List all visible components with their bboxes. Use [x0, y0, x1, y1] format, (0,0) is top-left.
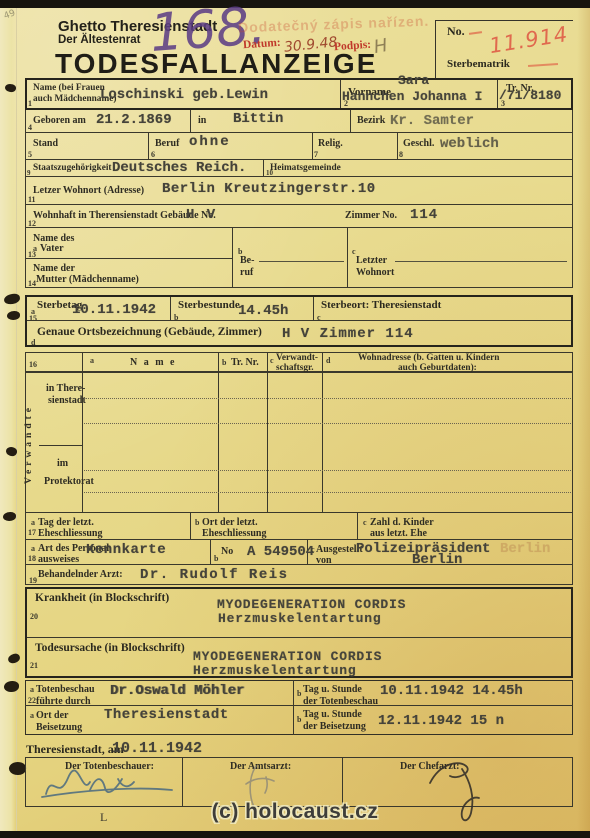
no-label: No. [447, 24, 465, 39]
sub-letter: c [311, 545, 315, 554]
place-date-label: Theresienstadt, am [26, 742, 124, 757]
sub-letter: b [297, 715, 301, 724]
field-num: 11 [28, 195, 36, 204]
paper-right-edge [577, 8, 590, 831]
sub-letter: b [222, 358, 226, 367]
todesursache-label: Todesursache (in Blockschrift) [35, 642, 185, 654]
field-num: 15 [29, 314, 37, 323]
marriage-kinder-1: Zahl d. Kinder [370, 517, 434, 528]
gebaeude-value: H V [186, 207, 217, 223]
sub-letter: b [174, 313, 178, 322]
col-header-verw2: schaftsgr. [276, 363, 314, 373]
vorname-value-line1: Sara [398, 73, 429, 88]
geboren-value: 21.2.1869 [96, 112, 172, 128]
sub-letter: b [214, 554, 218, 563]
sub-letter: b [297, 689, 301, 698]
field-num: 6 [151, 150, 155, 159]
cell-divider [148, 133, 149, 160]
col-header-verw1: Verwandt- [276, 353, 318, 363]
cell-divider [313, 297, 314, 320]
id-type-value: Kennkarte [86, 542, 166, 558]
heimat-label: Heimatsgemeinde [270, 163, 341, 173]
field-num: 14 [28, 279, 36, 288]
trnr-value: /71/8180 [499, 88, 561, 103]
sub-letter: d [31, 338, 35, 347]
cell-divider [170, 297, 171, 320]
sub-letter: c [317, 313, 321, 322]
field-num: 19 [29, 576, 37, 585]
cell-divider [263, 160, 264, 177]
cell-divider [357, 513, 358, 540]
wohnort-label: Letzer Wohnort (Adresse) [33, 185, 144, 196]
dotted-row-line [84, 492, 571, 493]
krankheit-value-1: MYODEGENERATION CORDIS [217, 597, 406, 612]
beisetzung-zeit-label-2: der Beisetzung [303, 721, 366, 732]
col-header-wohn1: Wohnadresse (b. Gatten u. Kindern [358, 353, 499, 363]
field-num: 1 [28, 99, 32, 108]
dotted-row-line [84, 470, 571, 471]
col-header-trnr: Tr. Nr. [231, 357, 259, 368]
staat-label: Staatszugehörigkeit [33, 163, 112, 173]
sub-letter: c [363, 518, 367, 527]
watermark: (c) holocaust.cz [95, 800, 495, 824]
bezirk-label: Bezirk [357, 115, 385, 126]
place-date-value: 10.11.1942 [112, 740, 202, 757]
mutter-label2: Mutter (Mädchenname) [36, 274, 139, 285]
field-num: 16 [29, 360, 37, 369]
krankheit-value-2: Herzmuskelentartung [218, 611, 381, 626]
field-num: 17 [28, 528, 36, 537]
geschl-value: weblich [440, 136, 499, 152]
wohnort-col-label1: Letzter [356, 255, 387, 266]
handwritten-podpis-initial: H [372, 35, 389, 58]
birthplace-value: Bittin [233, 111, 283, 127]
id-no-value: A 549504 [247, 544, 314, 560]
zimmer-label: Zimmer No. [345, 210, 397, 221]
punch-hole [4, 681, 19, 692]
marriage-kinder-2: aus letzt. Ehe [370, 528, 427, 539]
field-num: 12 [28, 219, 36, 228]
section-protektorat-2: Protektorat [44, 476, 94, 487]
field-num: 5 [28, 150, 32, 159]
marriage-ort-2: Eheschliessung [202, 528, 266, 539]
row-marriage [25, 513, 573, 540]
id-no-label: No [221, 546, 233, 557]
cell-divider [340, 80, 341, 108]
beisetzung-ort-label-2: Beisetzung [36, 722, 82, 733]
geschl-label: Geschl. [403, 138, 434, 149]
marriage-ort-1: Ort der letzt. [202, 517, 258, 528]
ortsbezeichnung-value: H V Zimmer 114 [282, 326, 414, 342]
cell-divider [312, 133, 313, 160]
beisetzung-ort-value: Theresienstadt [104, 707, 229, 723]
paper-left-edge [0, 8, 17, 831]
id-label-2: ausweises [38, 554, 79, 565]
cell-divider [210, 540, 211, 565]
in-label: in [198, 115, 206, 126]
cell-divider [347, 228, 348, 288]
totenbeschau-value: Dr.Oswald Möhler [110, 683, 244, 699]
section-divider [39, 445, 82, 446]
mutter-label1: Name der [33, 263, 75, 274]
section-theresienstadt-1: in There- [46, 383, 85, 394]
field-num: 20 [30, 612, 38, 621]
cell-divider [27, 320, 571, 321]
cell-divider [293, 680, 294, 735]
dotted-row-line [84, 423, 571, 424]
dotted-row-line [84, 398, 571, 399]
relig-label: Relig. [318, 138, 343, 149]
staat-value: Deutsches Reich. [112, 160, 246, 176]
field-name-label: Name (bei Frauen [33, 83, 105, 93]
section-theresienstadt-2: sienstadt [48, 395, 86, 406]
field-num: 21 [30, 661, 38, 670]
vater-label2: Vater [40, 243, 64, 254]
vorname-value-line2: Hannchen Johanna I [342, 89, 482, 104]
field-num: 4 [28, 123, 32, 132]
col-divider [267, 352, 268, 513]
ortsbezeichnung-label: Genaue Ortsbezeichnung (Gebäude, Zimmer) [37, 326, 262, 338]
beruf-col-label2: ruf [240, 267, 253, 278]
marriage-tag-1: Tag der letzt. [38, 517, 94, 528]
rule-line [259, 261, 344, 262]
beisetzung-ort-label-1: Ort der [36, 710, 69, 721]
zimmer-value: 114 [410, 207, 438, 223]
cell-divider [190, 513, 191, 540]
cell-divider [397, 133, 398, 160]
bezirk-value: Kr. Samter [390, 113, 474, 129]
col-header-wohn2: auch Geburtdaten): [398, 363, 477, 373]
sub-letter: a [30, 711, 34, 720]
cell-divider [25, 258, 232, 259]
field-num: 13 [28, 250, 36, 259]
beruf-value: ohne [189, 134, 231, 150]
field-num: 8 [399, 150, 403, 159]
sub-letter: d [326, 356, 330, 365]
punch-hole [7, 311, 20, 320]
punch-hole [3, 512, 16, 521]
sub-letter: a [30, 685, 34, 694]
sub-letter: a [90, 356, 94, 365]
col-divider [218, 352, 219, 513]
wohnort-col-label2: Wohnort [356, 267, 394, 278]
rotated-verwandte-label: Verwandte [24, 386, 38, 502]
cell-divider [25, 705, 573, 706]
name-value: Loschinski geb.Lewin [100, 87, 268, 103]
section-protektorat-1: im [57, 458, 68, 469]
beisetzung-zeit-value: 12.11.1942 15 n [378, 713, 504, 729]
ausgestellt-ghost-text: Berlin [500, 541, 550, 557]
relatives-table [25, 352, 573, 513]
wohnort-value: Berlin Kreutzingerstr.10 [162, 181, 376, 197]
todesursache-value-2: Herzmuskelentartung [193, 663, 356, 678]
cell-divider [190, 110, 191, 133]
sub-letter: b [195, 518, 199, 527]
sub-letter: a [31, 518, 35, 527]
totenbeschau-label-1: Totenbeschau [36, 684, 95, 695]
field-num: 22 [28, 696, 36, 705]
field-num: 7 [314, 150, 318, 159]
stand-label: Stand [33, 138, 58, 149]
sterbestunde-label: Sterbestunde [178, 299, 240, 311]
totenbeschau-label-2: führte durch [36, 696, 91, 707]
sub-letter: a [31, 544, 35, 553]
beschau-zeit-label-2: der Totenbeschau [303, 696, 378, 707]
arzt-value: Dr. Rudolf Reis [140, 567, 289, 583]
arzt-label: Behandelnder Arzt: [38, 569, 123, 580]
field-num: 18 [28, 554, 36, 563]
sterbetag-value: 10.11.1942 [72, 302, 156, 318]
field-num: 10 [266, 169, 273, 177]
geboren-label: Geboren am [33, 115, 86, 126]
krankheit-label: Krankheit (in Blockschrift) [35, 592, 169, 604]
sterbematrik-label: Sterbematrik [447, 58, 510, 70]
marriage-tag-2: Eheschliessung [38, 528, 102, 539]
field-num: 9 [27, 169, 31, 177]
beisetzung-zeit-label-1: Tag u. Stunde [303, 709, 362, 720]
beschau-zeit-value: 10.11.1942 14.45h [380, 683, 523, 699]
sterbeort-label: Sterbeort: Theresienstadt [321, 299, 441, 311]
cell-divider [232, 228, 233, 288]
org-subtitle: Der Ältestenrat [58, 34, 140, 46]
sub-letter: c [270, 356, 274, 365]
col-divider [322, 352, 323, 513]
beruf-label: Beruf [155, 138, 179, 149]
col-header-name: N a m e [130, 357, 177, 368]
sterbestunde-value: 14.45h [238, 303, 288, 319]
cell-divider [497, 80, 498, 108]
col-divider [82, 352, 83, 513]
todesursache-value-1: MYODEGENERATION CORDIS [193, 649, 382, 664]
cell-divider [27, 637, 571, 638]
scanned-death-certificate: 49 Ghetto Theresienstadt Der Ältestenrat… [0, 0, 590, 838]
rule-line [395, 261, 567, 262]
beschau-zeit-label-1: Tag u. Stunde [303, 684, 362, 695]
beruf-col-label1: Be- [240, 255, 254, 266]
cell-divider [350, 110, 351, 133]
